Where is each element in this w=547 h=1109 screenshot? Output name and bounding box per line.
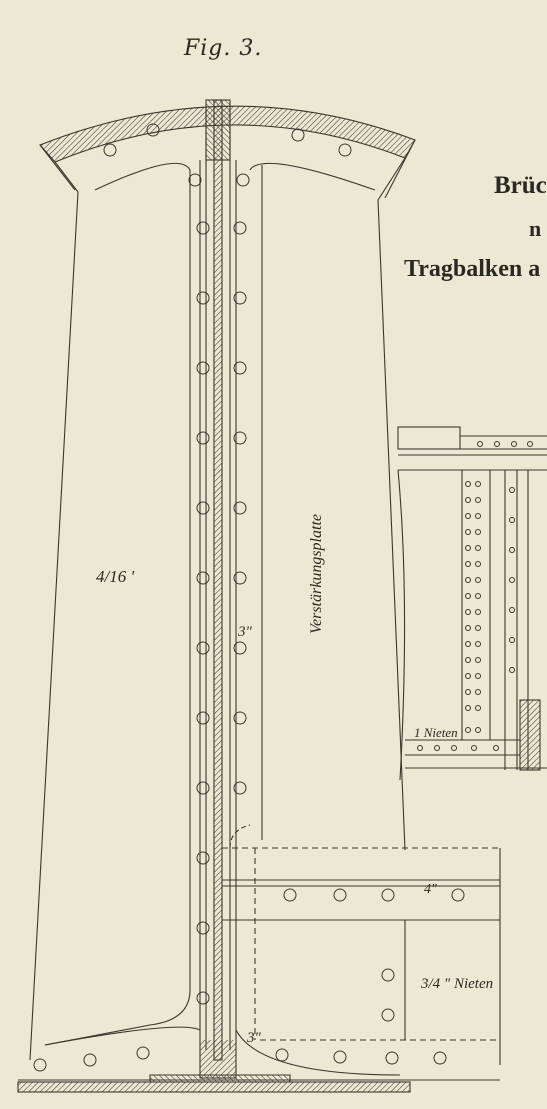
reinforcement-plate-label: Verstärkungsplatte xyxy=(308,514,326,634)
sheet-title-line2: n xyxy=(529,216,541,242)
figure-title: Fig. 3. xyxy=(184,36,262,61)
sheet-title-line1: Brüc xyxy=(494,172,547,200)
dimension-lower-label: 3" xyxy=(247,1030,261,1047)
sheet-title-line3: Tragbalken a xyxy=(404,256,540,283)
plate-thickness-label: 4/16 ' xyxy=(96,567,134,587)
bottom-flange xyxy=(18,1082,410,1092)
dimension-four-label: 4" xyxy=(424,882,437,898)
engineering-drawing xyxy=(0,0,547,1109)
central-web xyxy=(214,100,222,1060)
rivet-size-small-label: 1 Nieten xyxy=(414,725,458,741)
dimension-upper-label: 3" xyxy=(238,624,252,641)
drawing-sheet: Fig. 3. Brüc n Tragbalken a Verstärkungs… xyxy=(0,0,547,1109)
rivet-size-large-label: 3/4 " Nieten xyxy=(421,976,493,993)
